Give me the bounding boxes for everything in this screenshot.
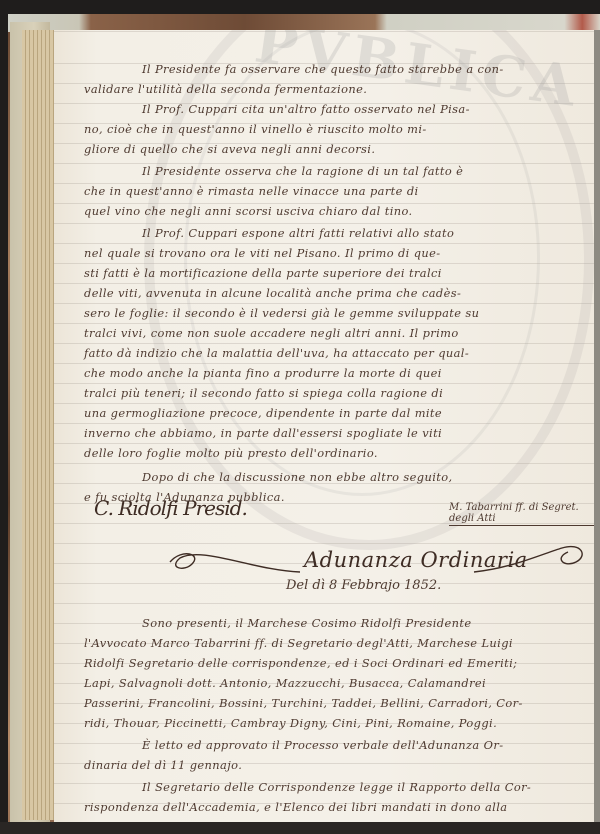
text-line: ridi, Thouar, Piccinetti, Cambray Digny,… bbox=[84, 716, 497, 730]
text-line: rispondenza dell'Accademia, e l'Elenco d… bbox=[84, 800, 507, 814]
manuscript-page: PVBLICA Il Presidente fa osservare che q… bbox=[54, 30, 594, 822]
text-line: dinaria del dì 11 gennajo. bbox=[84, 758, 242, 772]
book-bottom-edge bbox=[0, 822, 600, 834]
text-line: Lapi, Salvagnoli dott. Antonio, Mazzucch… bbox=[84, 676, 486, 690]
page-stack-edges bbox=[22, 30, 56, 820]
page-right-edge bbox=[594, 30, 600, 822]
text-line: È letto ed approvato il Processo verbale… bbox=[142, 738, 503, 752]
text-line: Il Segretario delle Corrispondenze legge… bbox=[142, 780, 531, 794]
text-line: Sono presenti, il Marchese Cosimo Ridolf… bbox=[142, 616, 471, 630]
section-text: Sono presenti, il Marchese Cosimo Ridolf… bbox=[54, 30, 594, 822]
text-line: Passerini, Francolini, Bossini, Turchini… bbox=[84, 696, 523, 710]
text-line: l'Avvocato Marco Tabarrini ff. di Segret… bbox=[84, 636, 513, 650]
text-line: Ridolfi Segretario delle corrispondenze,… bbox=[84, 656, 517, 670]
